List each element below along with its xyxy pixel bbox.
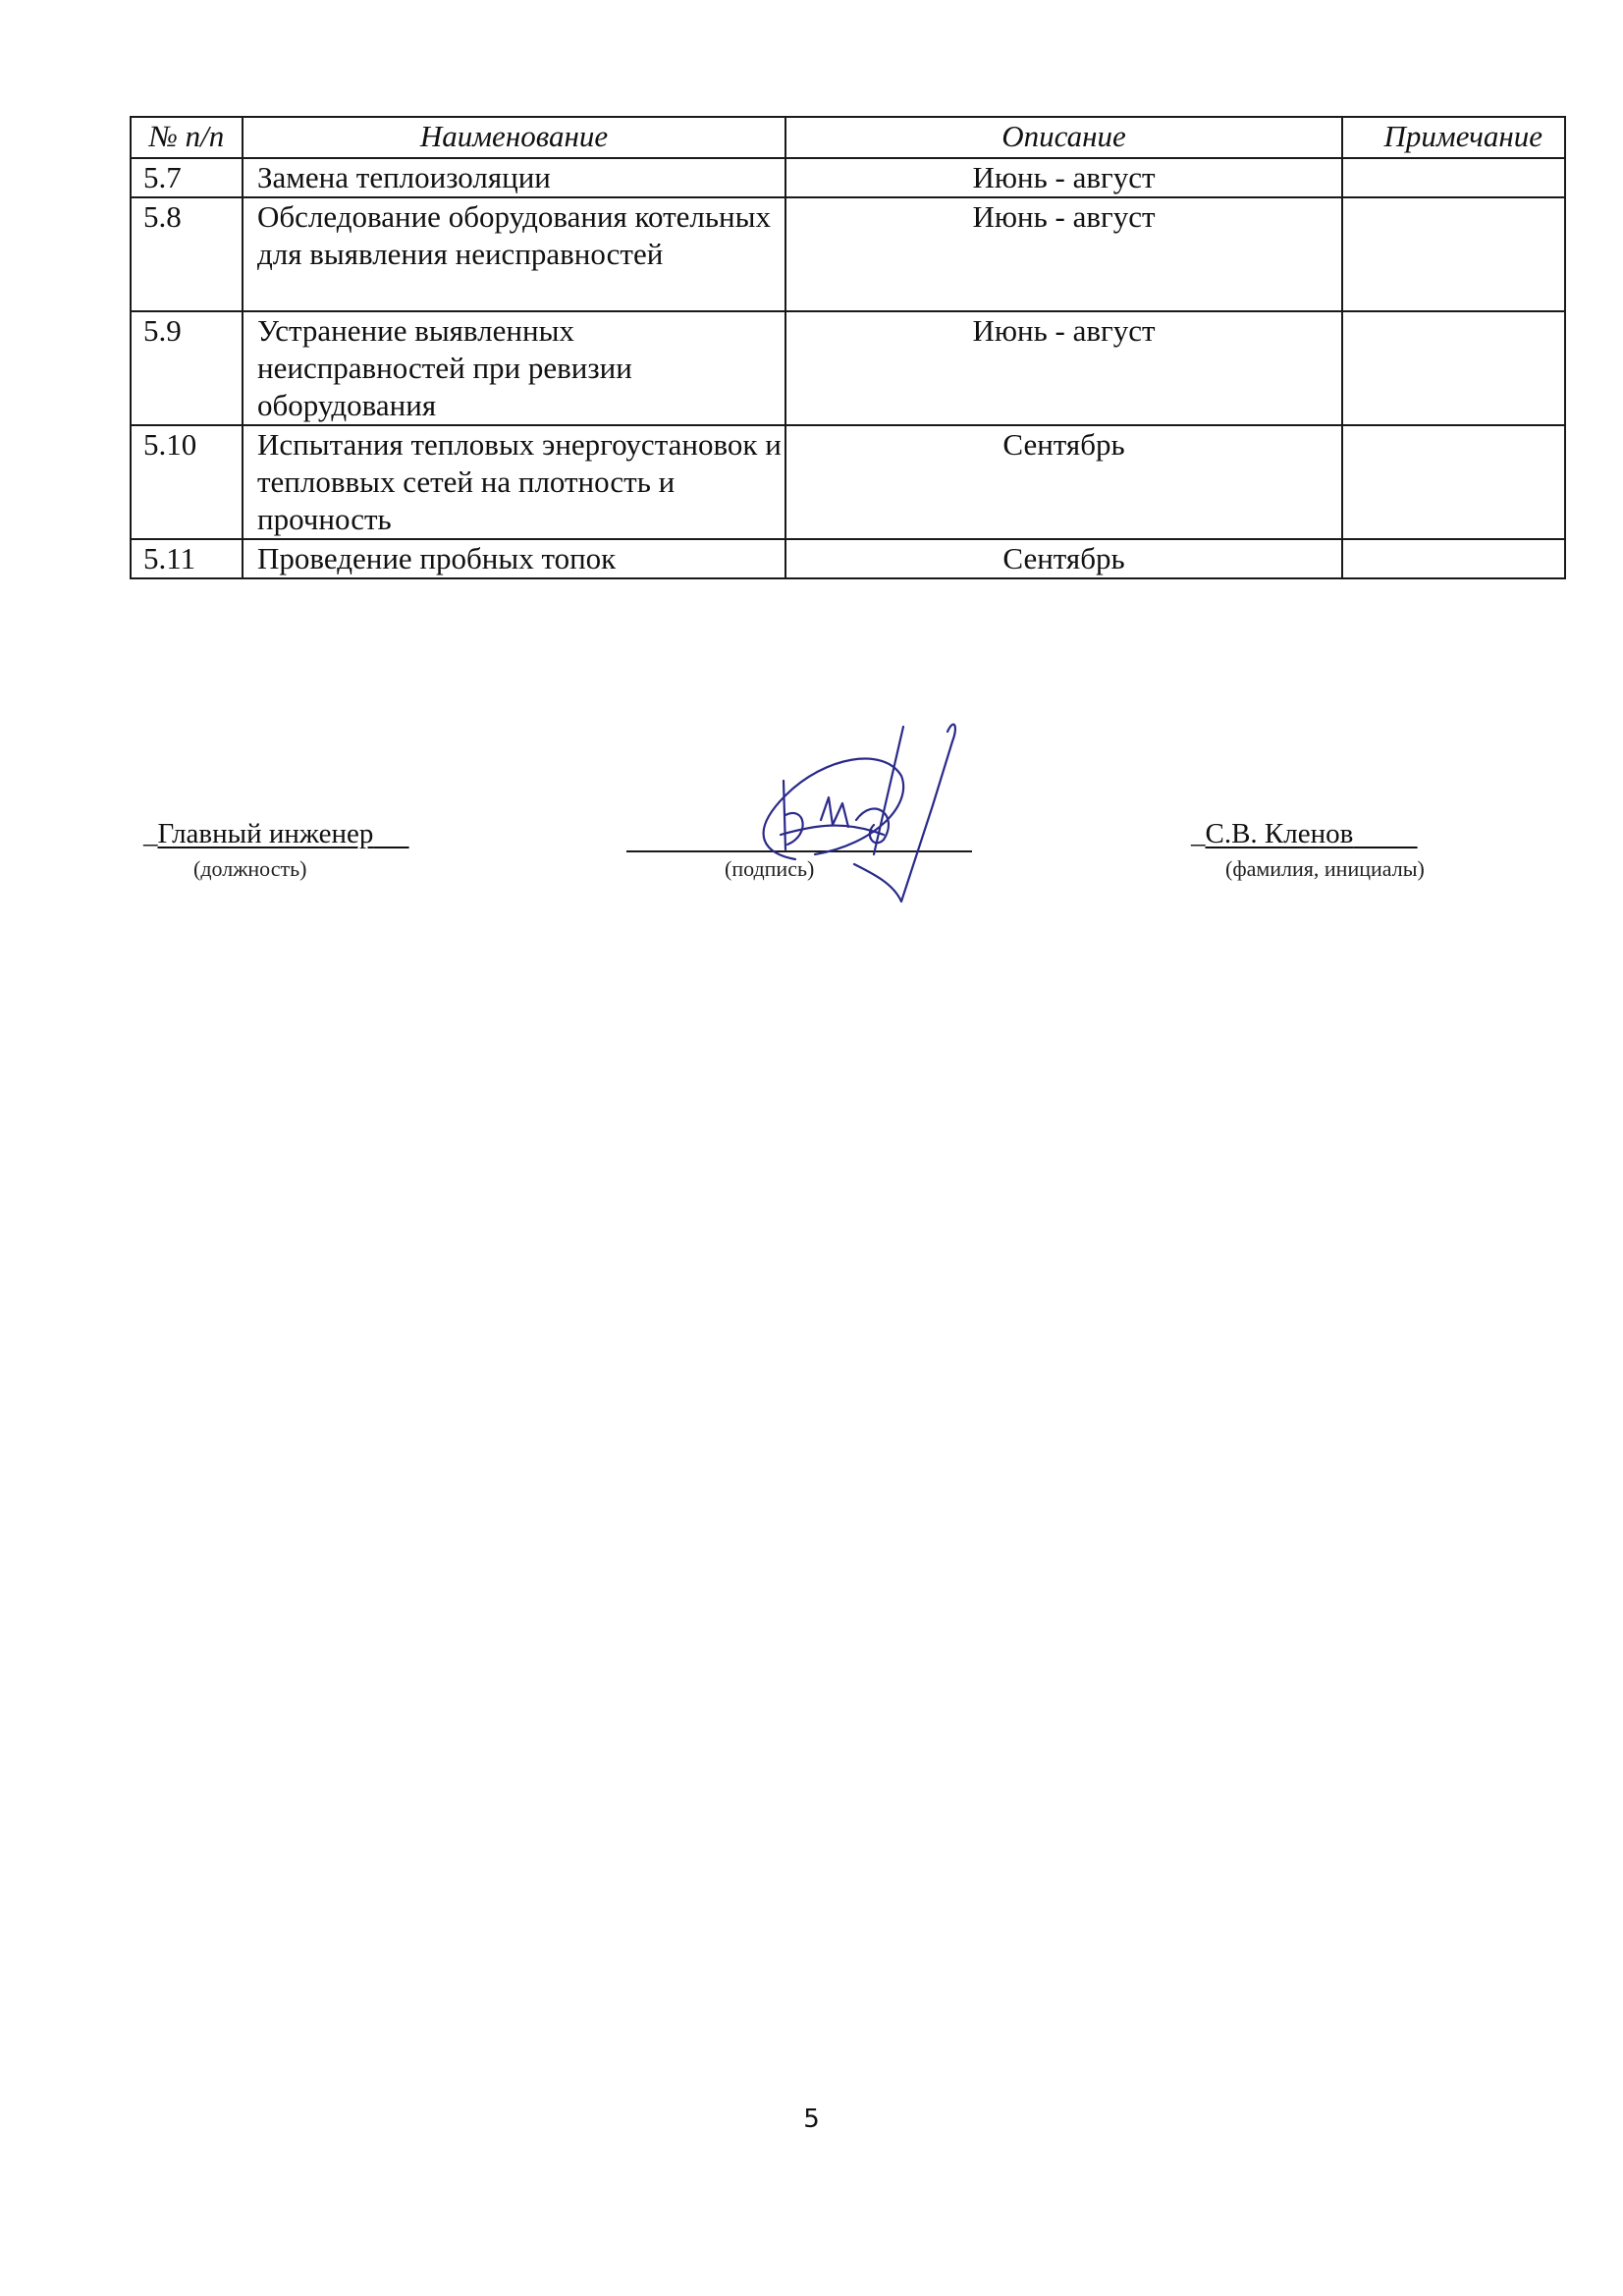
row-desc: Июнь - август [785,197,1342,311]
row-desc: Сентябрь [785,539,1342,578]
row-note [1342,158,1565,197]
table-row: 5.11 Проведение пробных топок Сентябрь [131,539,1565,578]
document-page: № п/п Наименование Описание Примечание 5… [0,0,1623,2296]
row-note [1342,425,1565,539]
row-name: Замена теплоизоляции [243,158,785,197]
name-text: С.В. Кленов [1206,818,1354,849]
row-desc: Сентябрь [785,425,1342,539]
row-name: Проведение пробных топок [243,539,785,578]
table-row: 5.7 Замена теплоизоляции Июнь - август [131,158,1565,197]
row-num: 5.7 [131,158,243,197]
header-desc: Описание [785,117,1342,158]
row-num: 5.9 [131,311,243,425]
header-note: Примечание [1342,117,1565,158]
row-num: 5.11 [131,539,243,578]
table-row: 5.9 Устранение выявленных неисправностей… [131,311,1565,425]
row-num: 5.10 [131,425,243,539]
work-plan-table: № п/п Наименование Описание Примечание 5… [130,116,1566,579]
row-note [1342,311,1565,425]
table-row: 5.8 Обследование оборудования котельных … [131,197,1565,311]
row-name: Обследование оборудования котельных для … [243,197,785,311]
name-caption: (фамилия, инициалы) [1225,856,1425,882]
page-number: 5 [0,2105,1623,2134]
position-field: _Главный инженер [143,817,409,850]
row-note [1342,197,1565,311]
row-note [1342,539,1565,578]
row-desc: Июнь - август [785,158,1342,197]
name-field: _С.В. Кленов [1191,817,1418,850]
handwritten-signature [727,687,1041,913]
row-name: Устранение выявленных неисправностей при… [243,311,785,425]
header-num: № п/п [131,117,243,158]
row-desc: Июнь - август [785,311,1342,425]
table-header-row: № п/п Наименование Описание Примечание [131,117,1565,158]
row-num: 5.8 [131,197,243,311]
row-name: Испытания тепловых энергоустановок и теп… [243,425,785,539]
table-row: 5.10 Испытания тепловых энергоустановок … [131,425,1565,539]
position-text: Главный инженер [158,818,374,849]
position-caption: (должность) [193,856,306,882]
header-name: Наименование [243,117,785,158]
